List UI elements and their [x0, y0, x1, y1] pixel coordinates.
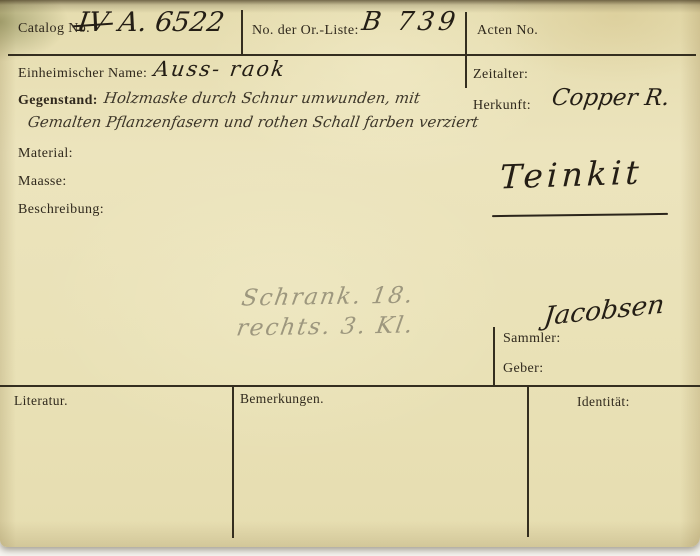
material-label: Material: [18, 146, 73, 162]
footer-divider-1 [232, 386, 234, 538]
header-divider-2 [465, 12, 467, 88]
literatur-label: Literatur. [14, 393, 68, 409]
acten-no-label: Acten No. [477, 23, 538, 39]
gegenstand-value-line1: Holzmaske durch Schnur umwunden, mit [103, 89, 422, 107]
catalog-no-value: IV A. 6522 [74, 7, 227, 38]
einheimischer-name-value: Auss- raok [152, 57, 287, 81]
identitaet-label: Identität: [577, 394, 630, 410]
header-divider-1 [241, 10, 243, 54]
catalog-no-roman-numeral: IV [74, 7, 113, 38]
gegenstand-value-line2: Gemalten Pflanzenfasern und rothen Schal… [27, 113, 480, 131]
object-name-note: Teinkit [499, 153, 643, 197]
geber-label: Geber: [503, 361, 544, 377]
zeitalter-label: Zeitalter: [473, 67, 528, 83]
bemerkungen-label: Bemerkungen. [240, 391, 324, 407]
footer-divider-2 [527, 386, 529, 537]
sammler-value: Jacobsen [542, 290, 665, 332]
herkunft-value: Copper R. [550, 85, 671, 111]
catalog-card: Catalog No. IV A. 6522 No. der Or.-Liste… [0, 0, 700, 547]
catalog-no-number: A. 6522 [117, 7, 227, 38]
object-name-underline [492, 213, 668, 217]
footer-rule [0, 385, 700, 387]
header-rule [8, 54, 696, 56]
herkunft-label: Herkunft: [473, 98, 531, 114]
sammler-label: Sammler: [503, 331, 561, 347]
orliste-label: No. der Or.-Liste: [252, 23, 359, 39]
location-note-line1: Schrank. 18. [240, 283, 417, 312]
location-note-line2: rechts. 3. Kl. [235, 312, 417, 341]
maasse-label: Maasse: [18, 174, 67, 190]
beschreibung-label: Beschreibung: [18, 202, 104, 218]
orliste-value: B 739 [360, 7, 461, 37]
einheimischer-name-label: Einheimischer Name: [18, 66, 147, 82]
gegenstand-label: Gegenstand: [18, 93, 98, 109]
collector-box-divider [493, 327, 495, 385]
